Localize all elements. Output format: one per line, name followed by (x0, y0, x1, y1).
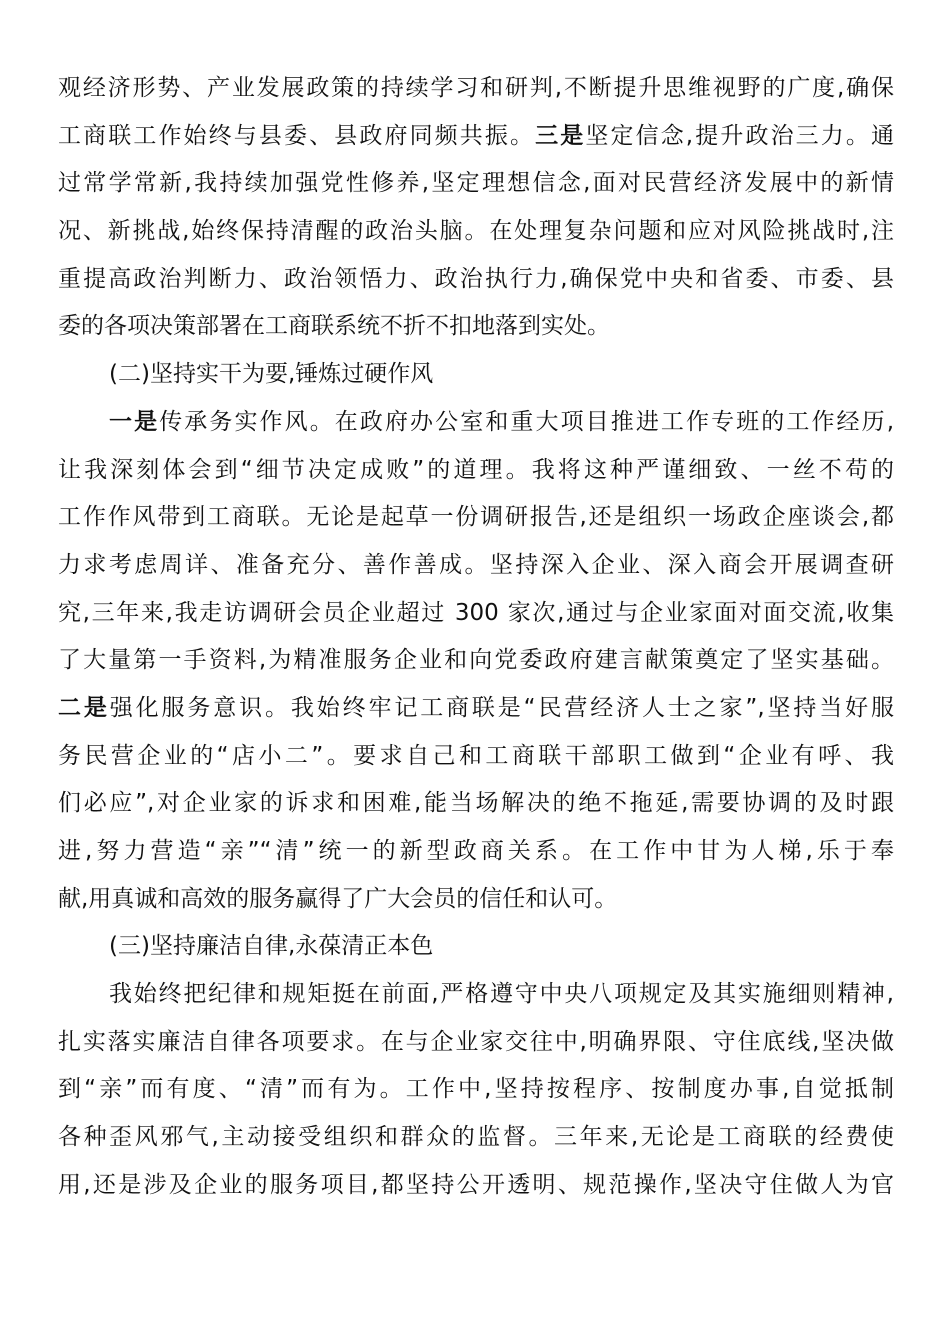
body-line: 让我深刻体会到“细节决定成败”的道理。我将这种严谨细致、一丝不苟的 (58, 450, 894, 498)
body-line: 过常学常新,我持续加强党性修养,坚定理想信念,面对民营经济发展中的新情 (58, 163, 894, 211)
body-line: 们必应”,对企业家的诉求和困难,能当场解决的绝不拖延,需要协调的及时跟 (58, 783, 894, 831)
document-page: 观经济形势、产业发展政策的持续学习和研判,不断提升思维视野的广度,确保 工商联工… (58, 68, 894, 1213)
body-line: 重提高政治判断力、政治领悟力、政治执行力,确保党中央和省委、市委、县 (58, 259, 894, 307)
bold-marker: 一是 (109, 409, 159, 435)
section-heading: (二)坚持实干为要,锤炼过硬作风 (58, 354, 894, 402)
body-line: 我始终把纪律和规矩挺在前面,严格遵守中央八项规定及其实施细则精神, (58, 974, 894, 1022)
body-line: 务民营企业的“店小二”。要求自己和工商联干部职工做到“企业有呼、我 (58, 736, 894, 784)
body-line: 各种歪风邪气,主动接受组织和群众的监督。三年来,无论是工商联的经费使 (58, 1117, 894, 1165)
text-run: 工商联工作始终与县委、县政府同频共振。 (58, 123, 535, 149)
body-line: 献,用真诚和高效的服务赢得了广大会员的信任和认可。 (58, 879, 894, 927)
body-line: 究,三年来,我走访调研会员企业超过 300 家次,通过与企业家面对面交流,收集 (58, 593, 894, 641)
bold-marker: 二是 (58, 695, 110, 721)
bold-marker: 三是 (535, 123, 585, 149)
body-line: 了大量第一手资料,为精准服务企业和向党委政府建言献策奠定了坚实基础。 (58, 640, 894, 688)
text-run: 强化服务意识。我始终牢记工商联是“民营经济人士之家”,坚持当好服 (110, 695, 894, 721)
body-line: 扎实落实廉洁自律各项要求。在与企业家交往中,明确界限、守住底线,坚决做 (58, 1022, 894, 1070)
body-line: 工作作风带到工商联。无论是起草一份调研报告,还是组织一场政企座谈会,都 (58, 497, 894, 545)
body-line: 一是传承务实作风。在政府办公室和重大项目推进工作专班的工作经历, (58, 402, 894, 450)
body-line: 委的各项决策部署在工商联系统不折不扣地落到实处。 (58, 306, 894, 354)
body-line: 到“亲”而有度、“清”而有为。工作中,坚持按程序、按制度办事,自觉抵制 (58, 1069, 894, 1117)
body-line: 况、新挑战,始终保持清醒的政治头脑。在处理复杂问题和应对风险挑战时,注 (58, 211, 894, 259)
body-line: 二是强化服务意识。我始终牢记工商联是“民营经济人士之家”,坚持当好服 (58, 688, 894, 736)
body-line: 工商联工作始终与县委、县政府同频共振。三是坚定信念,提升政治三力。通 (58, 116, 894, 164)
body-line: 观经济形势、产业发展政策的持续学习和研判,不断提升思维视野的广度,确保 (58, 68, 894, 116)
body-line: 用,还是涉及企业的服务项目,都坚持公开透明、规范操作,坚决守住做人为官 (58, 1165, 894, 1213)
body-line: 进,努力营造“亲”“清”统一的新型政商关系。在工作中甘为人梯,乐于奉 (58, 831, 894, 879)
body-line: 力求考虑周详、准备充分、善作善成。坚持深入企业、深入商会开展调查研 (58, 545, 894, 593)
text-run: 坚定信念,提升政治三力。通 (585, 123, 894, 149)
section-heading: (三)坚持廉洁自律,永葆清正本色 (58, 926, 894, 974)
text-run: 传承务实作风。在政府办公室和重大项目推进工作专班的工作经历, (159, 409, 894, 435)
